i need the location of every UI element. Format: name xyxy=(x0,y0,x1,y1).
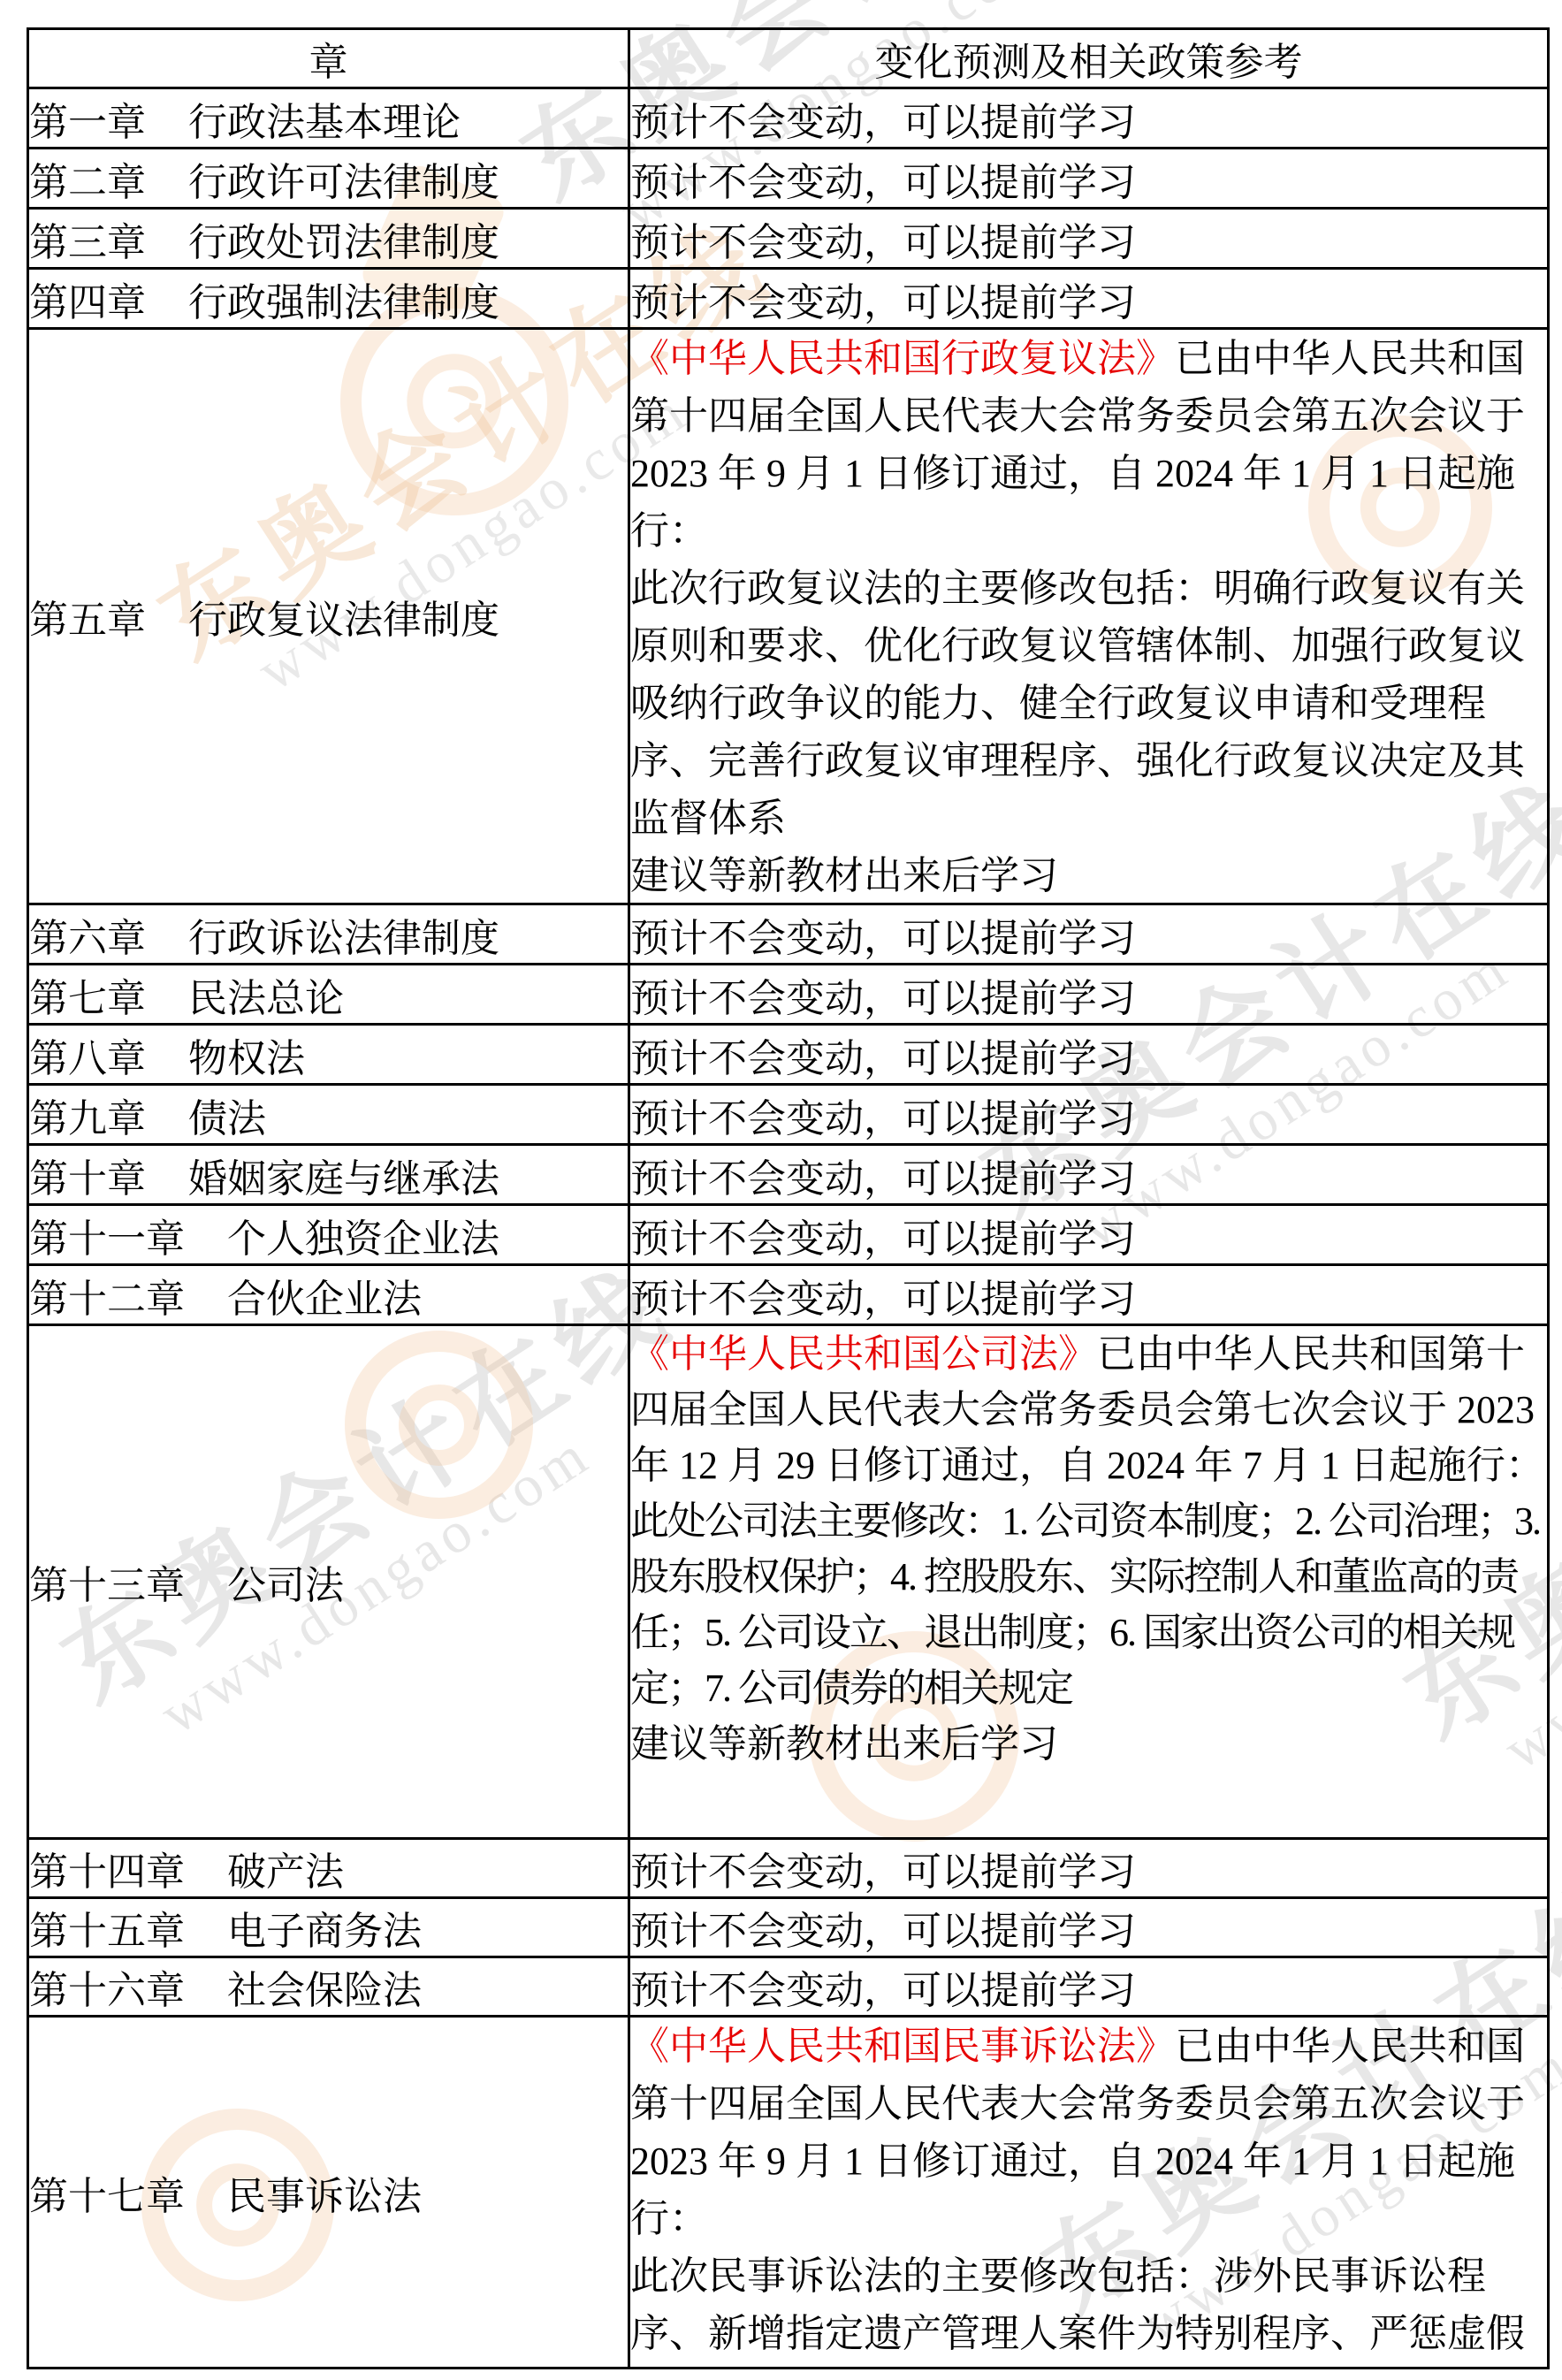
prediction-text: 建议等新教材出来后学习 xyxy=(630,854,1058,897)
law-title-highlight: 《中华人民共和国公司法》 xyxy=(630,1332,1097,1376)
chapter-cell: 第十一章个人独资企业法 xyxy=(28,1205,629,1265)
prediction-paragraph: 此处公司法主要修改：1. 公司资本制度；2. 公司治理；3. 股东股权保护；4.… xyxy=(630,1493,1547,1716)
table-row: 第七章民法总论预计不会变动，可以提前学习 xyxy=(28,965,1549,1025)
chapter-cell: 第五章行政复议法律制度 xyxy=(28,329,629,904)
chapter-cell: 第八章物权法 xyxy=(28,1025,629,1085)
table-row: 第十六章社会保险法预计不会变动，可以提前学习 xyxy=(28,1957,1549,2017)
table-row: 第三章行政处罚法律制度预计不会变动，可以提前学习 xyxy=(28,209,1549,269)
prediction-paragraph: 建议等新教材出来后学习 xyxy=(630,847,1547,901)
table-row: 第十章婚姻家庭与继承法预计不会变动，可以提前学习 xyxy=(28,1145,1549,1205)
chapter-title: 公司法 xyxy=(227,1564,344,1607)
prediction-cell: 《中华人民共和国公司法》已由中华人民共和国第十四届全国人民代表大会常务委员会第七… xyxy=(629,1325,1549,1839)
table-header-row: 章 变化预测及相关政策参考 xyxy=(28,29,1549,88)
prediction-cell: 预计不会变动，可以提前学习 xyxy=(629,1205,1549,1265)
prediction-cell: 预计不会变动，可以提前学习 xyxy=(629,88,1549,149)
chapter-title: 个人独资企业法 xyxy=(227,1217,499,1261)
table-row: 第十四章破产法预计不会变动，可以提前学习 xyxy=(28,1839,1549,1898)
prediction-paragraph: 建议等新教材出来后学习 xyxy=(630,1716,1547,1772)
table-row: 第一章行政法基本理论预计不会变动，可以提前学习 xyxy=(28,88,1549,149)
prediction-paragraph: 《中华人民共和国民事诉讼法》已由中华人民共和国第十四届全国人民代表大会常务委员会… xyxy=(630,2018,1547,2247)
chapter-title: 行政处罚法律制度 xyxy=(188,221,499,264)
chapter-title: 婚姻家庭与继承法 xyxy=(188,1157,499,1201)
chapter-cell: 第九章债法 xyxy=(28,1085,629,1145)
column-header-prediction: 变化预测及相关政策参考 xyxy=(629,29,1549,88)
chapter-title: 民法总论 xyxy=(188,977,344,1020)
table-row: 第九章债法预计不会变动，可以提前学习 xyxy=(28,1085,1549,1145)
chapter-cell: 第四章行政强制法律制度 xyxy=(28,269,629,329)
chapter-title: 合伙企业法 xyxy=(227,1278,422,1321)
prediction-cell: 预计不会变动，可以提前学习 xyxy=(629,1957,1549,2017)
prediction-cell: 预计不会变动，可以提前学习 xyxy=(629,1265,1549,1325)
chapter-number: 第五章 xyxy=(29,599,146,642)
law-title-highlight: 《中华人民共和国行政复议法》 xyxy=(630,337,1175,380)
prediction-paragraph: 《中华人民共和国公司法》已由中华人民共和国第十四届全国人民代表大会常务委员会第七… xyxy=(630,1326,1547,1493)
chapter-cell: 第一章行政法基本理论 xyxy=(28,88,629,149)
chapter-number: 第一章 xyxy=(29,101,146,144)
prediction-cell: 预计不会变动，可以提前学习 xyxy=(629,904,1549,965)
prediction-text: 此次民事诉讼法的主要修改包括：涉外民事诉讼程序、新增指定遗产管理人案件为特别程序… xyxy=(630,2254,1525,2355)
prediction-text-block: 《中华人民共和国民事诉讼法》已由中华人民共和国第十四届全国人民代表大会常务委员会… xyxy=(630,2018,1547,2365)
chapter-number: 第七章 xyxy=(29,977,146,1020)
chapter-title: 债法 xyxy=(188,1097,266,1140)
prediction-cell: 预计不会变动，可以提前学习 xyxy=(629,1839,1549,1898)
table-row: 第二章行政许可法律制度预计不会变动，可以提前学习 xyxy=(28,149,1549,209)
prediction-text: 此处公司法主要修改：1. 公司资本制度；2. 公司治理；3. 股东股权保护；4.… xyxy=(630,1499,1540,1710)
chapter-title: 行政法基本理论 xyxy=(188,101,461,144)
chapter-cell: 第十二章合伙企业法 xyxy=(28,1265,629,1325)
prediction-cell: 预计不会变动，可以提前学习 xyxy=(629,209,1549,269)
chapter-cell: 第十六章社会保险法 xyxy=(28,1957,629,2017)
chapter-number: 第十章 xyxy=(29,1157,146,1201)
document-page: { "accent": {"law_red": "#e60000", "wate… xyxy=(0,0,1562,2380)
prediction-text: 建议等新教材出来后学习 xyxy=(630,1722,1058,1766)
chapter-cell: 第六章行政诉讼法律制度 xyxy=(28,904,629,965)
chapter-number: 第十五章 xyxy=(29,1910,185,1953)
chapter-title: 民事诉讼法 xyxy=(227,2175,422,2218)
prediction-cell: 预计不会变动，可以提前学习 xyxy=(629,1898,1549,1957)
prediction-paragraph: 此次行政复议法的主要修改包括：明确行政复议有关原则和要求、优化行政复议管辖体制、… xyxy=(630,560,1547,847)
chapter-title: 破产法 xyxy=(227,1850,344,1894)
prediction-cell: 《中华人民共和国行政复议法》已由中华人民共和国第十四届全国人民代表大会常务委员会… xyxy=(629,329,1549,904)
chapter-title: 行政复议法律制度 xyxy=(188,599,499,642)
chapter-cell: 第三章行政处罚法律制度 xyxy=(28,209,629,269)
chapter-cell: 第七章民法总论 xyxy=(28,965,629,1025)
chapter-title: 社会保险法 xyxy=(227,1969,422,2012)
table-row: 第四章行政强制法律制度预计不会变动，可以提前学习 xyxy=(28,269,1549,329)
table-row: 第十五章电子商务法预计不会变动，可以提前学习 xyxy=(28,1898,1549,1957)
table-row: 第十一章个人独资企业法预计不会变动，可以提前学习 xyxy=(28,1205,1549,1265)
prediction-cell: 预计不会变动，可以提前学习 xyxy=(629,149,1549,209)
prediction-text-block: 《中华人民共和国公司法》已由中华人民共和国第十四届全国人民代表大会常务委员会第七… xyxy=(630,1326,1547,1835)
chapter-number: 第十七章 xyxy=(29,2175,185,2218)
prediction-cell: 预计不会变动，可以提前学习 xyxy=(629,1145,1549,1205)
chapter-number: 第十三章 xyxy=(29,1564,185,1607)
chapter-cell: 第十章婚姻家庭与继承法 xyxy=(28,1145,629,1205)
chapter-number: 第十二章 xyxy=(29,1278,185,1321)
chapter-title: 行政许可法律制度 xyxy=(188,161,499,204)
prediction-text-block: 《中华人民共和国行政复议法》已由中华人民共和国第十四届全国人民代表大会常务委员会… xyxy=(630,330,1547,901)
law-title-highlight: 《中华人民共和国民事诉讼法》 xyxy=(630,2025,1175,2068)
chapter-title: 电子商务法 xyxy=(227,1910,422,1953)
prediction-cell: 预计不会变动，可以提前学习 xyxy=(629,965,1549,1025)
prediction-paragraph: 《中华人民共和国行政复议法》已由中华人民共和国第十四届全国人民代表大会常务委员会… xyxy=(630,330,1547,560)
chapter-title: 物权法 xyxy=(188,1037,305,1080)
chapter-number: 第六章 xyxy=(29,917,146,960)
table-row: 第十三章公司法《中华人民共和国公司法》已由中华人民共和国第十四届全国人民代表大会… xyxy=(28,1325,1549,1839)
table-row: 第六章行政诉讼法律制度预计不会变动，可以提前学习 xyxy=(28,904,1549,965)
table-row: 第八章物权法预计不会变动，可以提前学习 xyxy=(28,1025,1549,1085)
table-row: 第五章行政复议法律制度《中华人民共和国行政复议法》已由中华人民共和国第十四届全国… xyxy=(28,329,1549,904)
chapters-table: 章 变化预测及相关政策参考 第一章行政法基本理论预计不会变动，可以提前学习第二章… xyxy=(27,27,1550,2369)
column-header-chapter: 章 xyxy=(28,29,629,88)
prediction-cell: 预计不会变动，可以提前学习 xyxy=(629,1085,1549,1145)
chapter-cell: 第二章行政许可法律制度 xyxy=(28,149,629,209)
chapter-number: 第九章 xyxy=(29,1097,146,1140)
prediction-cell: 预计不会变动，可以提前学习 xyxy=(629,1025,1549,1085)
chapter-number: 第十六章 xyxy=(29,1969,185,2012)
chapter-title: 行政强制法律制度 xyxy=(188,281,499,324)
prediction-cell: 预计不会变动，可以提前学习 xyxy=(629,269,1549,329)
chapter-cell: 第十三章公司法 xyxy=(28,1325,629,1839)
chapter-number: 第二章 xyxy=(29,161,146,204)
chapters-table-body: 第一章行政法基本理论预计不会变动，可以提前学习第二章行政许可法律制度预计不会变动… xyxy=(28,88,1549,2369)
prediction-paragraph: 此次民事诉讼法的主要修改包括：涉外民事诉讼程序、新增指定遗产管理人案件为特别程序… xyxy=(630,2247,1547,2362)
chapter-number: 第三章 xyxy=(29,221,146,264)
chapter-number: 第四章 xyxy=(29,281,146,324)
chapter-number: 第十一章 xyxy=(29,1217,185,1261)
chapter-number: 第八章 xyxy=(29,1037,146,1080)
table-row: 第十七章民事诉讼法《中华人民共和国民事诉讼法》已由中华人民共和国第十四届全国人民… xyxy=(28,2017,1549,2369)
chapter-cell: 第十七章民事诉讼法 xyxy=(28,2017,629,2369)
table-row: 第十二章合伙企业法预计不会变动，可以提前学习 xyxy=(28,1265,1549,1325)
chapter-cell: 第十五章电子商务法 xyxy=(28,1898,629,1957)
prediction-cell: 《中华人民共和国民事诉讼法》已由中华人民共和国第十四届全国人民代表大会常务委员会… xyxy=(629,2017,1549,2369)
chapter-number: 第十四章 xyxy=(29,1850,185,1894)
chapter-title: 行政诉讼法律制度 xyxy=(188,917,499,960)
chapter-cell: 第十四章破产法 xyxy=(28,1839,629,1898)
prediction-text: 此次行政复议法的主要修改包括：明确行政复议有关原则和要求、优化行政复议管辖体制、… xyxy=(630,567,1525,840)
